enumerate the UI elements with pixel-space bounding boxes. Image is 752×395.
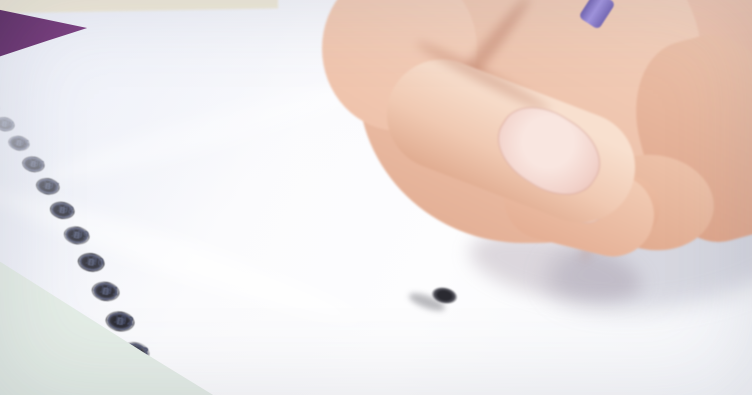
photo-scene: 1ABCDE21ABCDE41ABCDE61ABCDE81ABCDE101ABC…	[0, 0, 752, 395]
vignette	[0, 0, 752, 395]
